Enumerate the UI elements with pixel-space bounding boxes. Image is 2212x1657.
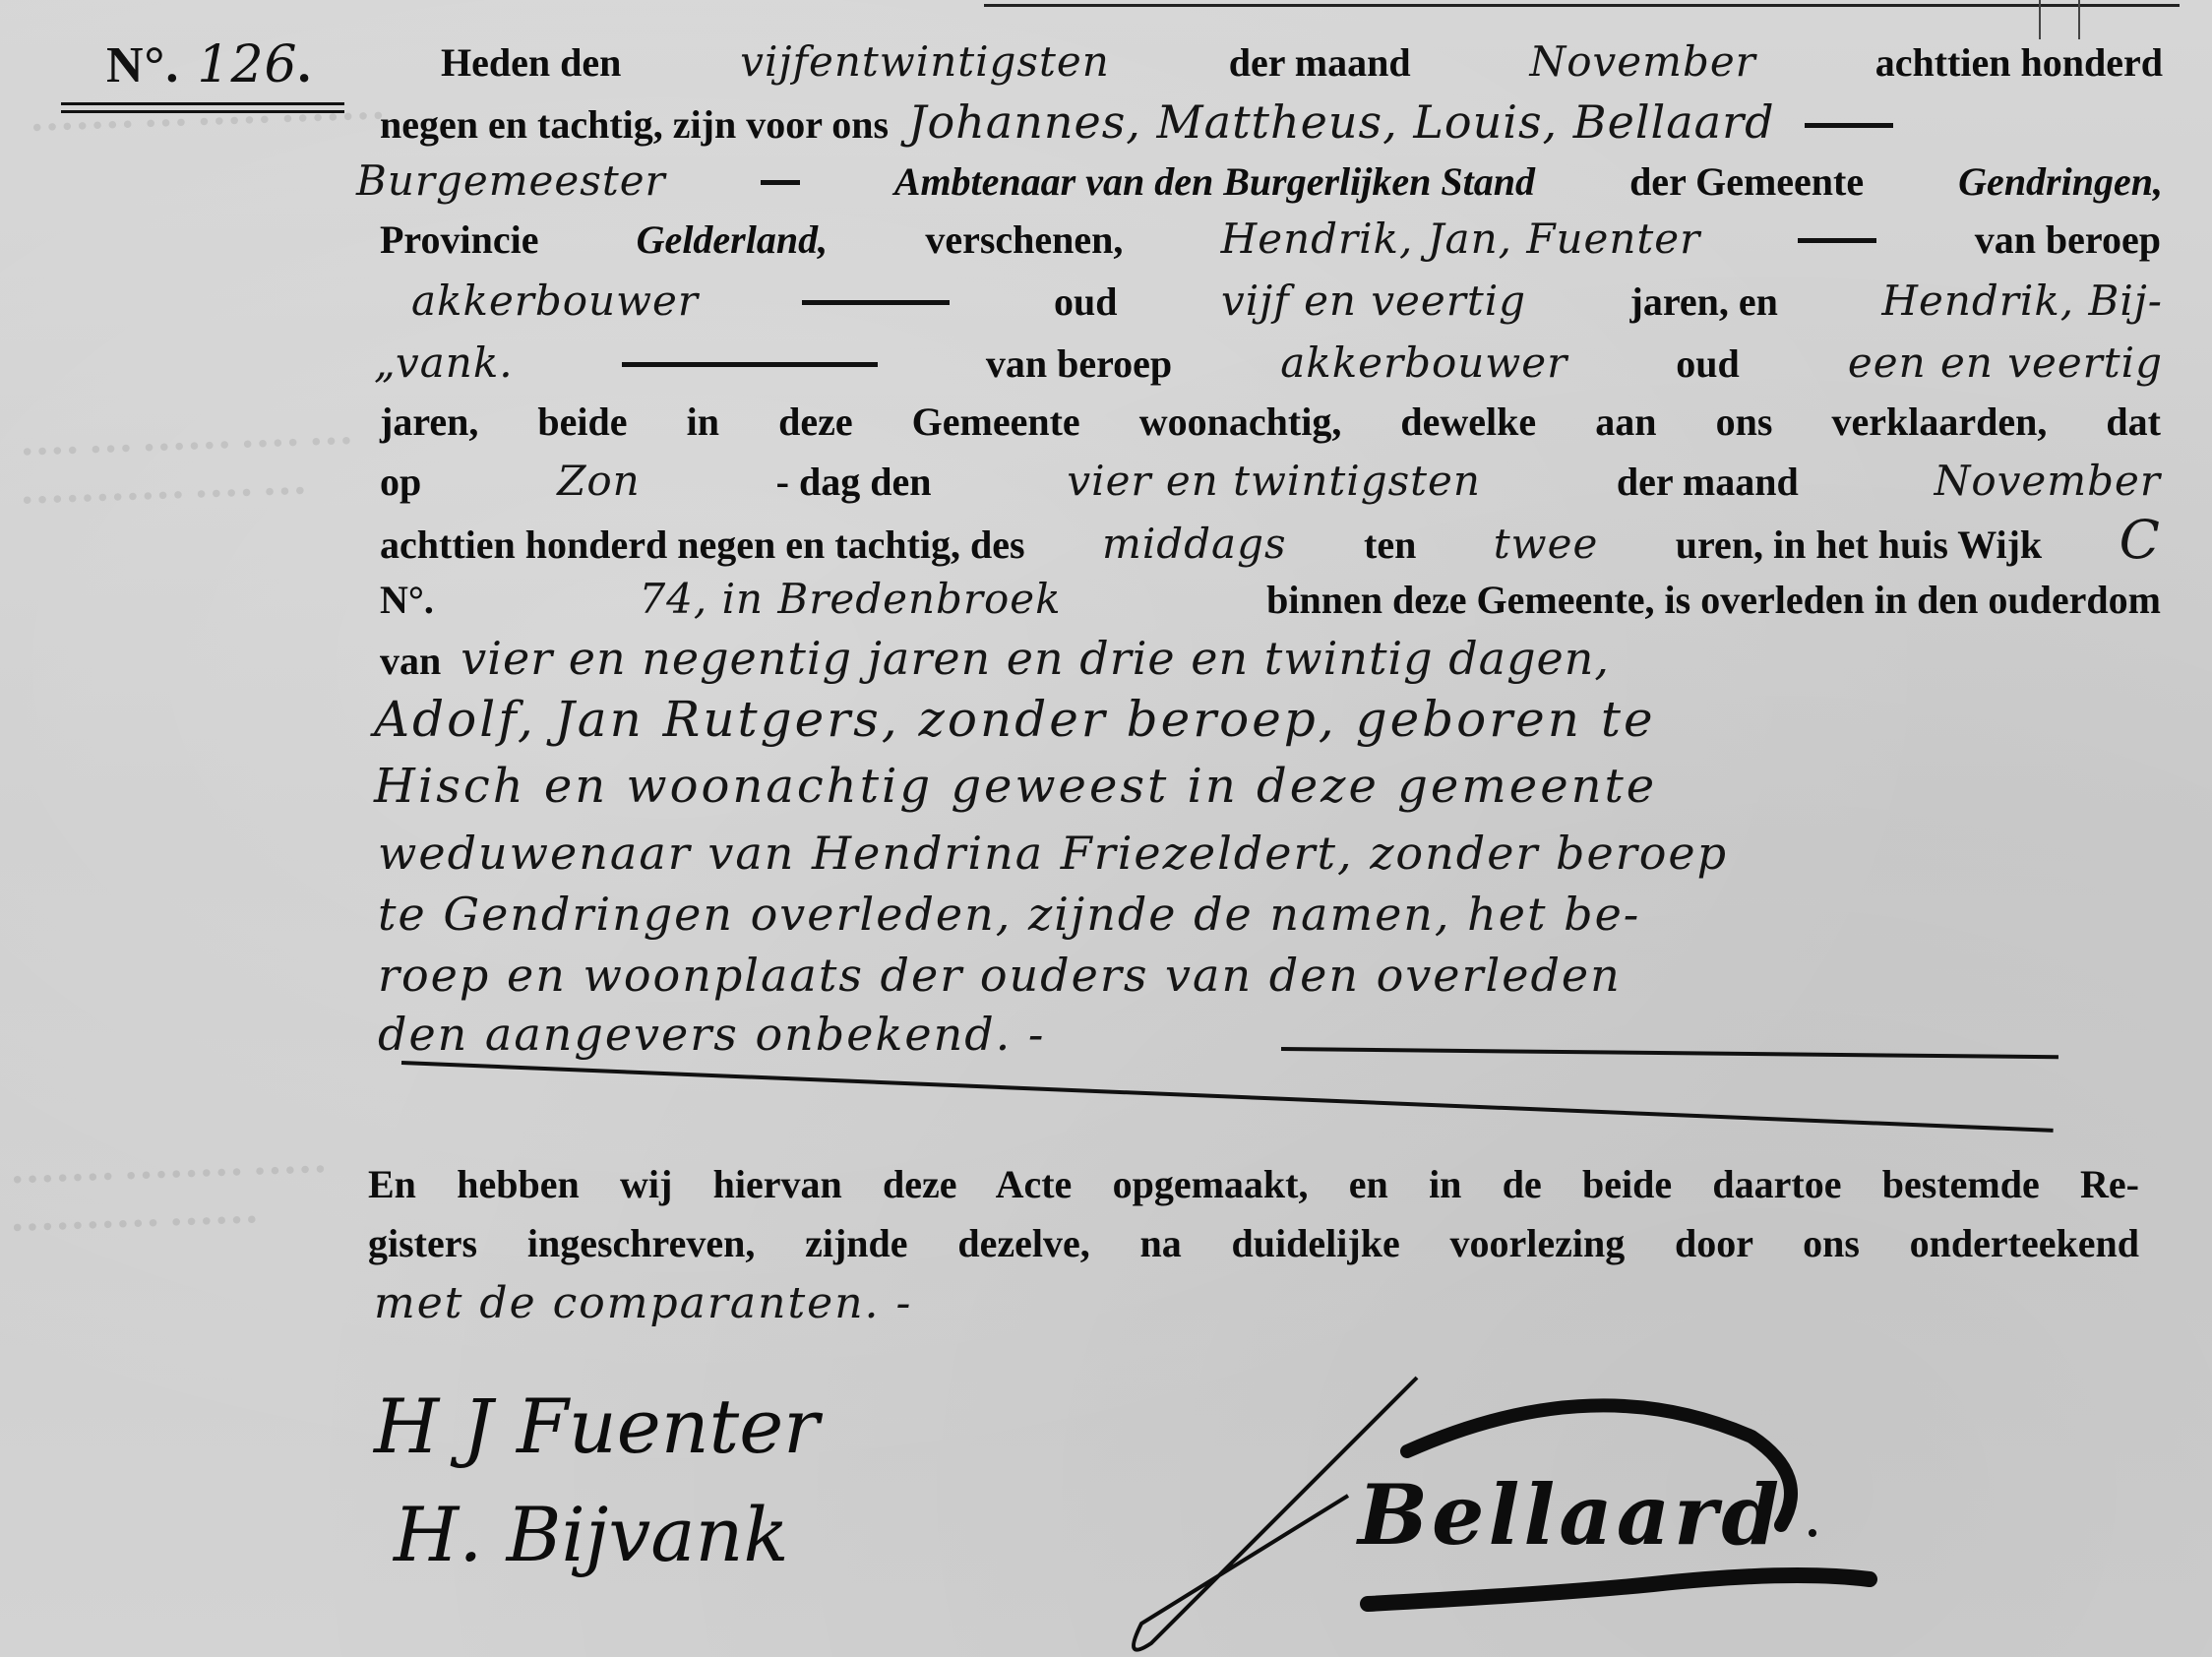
printed-text: Provincie (380, 212, 538, 269)
handwritten-text: roep en woonplaats der ouders van den ov… (378, 947, 1622, 1004)
printed-text: der maand (1229, 34, 1411, 92)
record-line-16: roep en woonplaats der ouders van den ov… (378, 947, 2159, 1004)
record-line-14: weduwenaar van Hendrina Friezeldert, zon… (378, 825, 2159, 882)
bleed-through-text: •••• ••• •••••• •••• ••• (20, 427, 355, 468)
printed-text: van beroep (1975, 212, 2161, 269)
acte-number-underline (61, 102, 344, 105)
printed-text: achttien honderd negen en tachtig, des (380, 517, 1025, 574)
signature-witness-1: H J Fuenter (374, 1382, 820, 1470)
closing-line-2: gisters ingeschreven, zijnde dezelve, na… (368, 1215, 2139, 1272)
record-line-1: Heden den vijfentwintigsten der maand No… (441, 33, 2163, 91)
handwritten-occupation: akkerbouwer (411, 273, 699, 330)
printed-text: Ambtenaar van den Burgerlijken Stand (894, 153, 1535, 211)
handwritten-informant-2-cont: „vank. (374, 335, 514, 392)
handwritten-text: te Gendringen overleden, zijnde de namen… (378, 886, 1640, 943)
acte-number: N°.126. (106, 35, 312, 94)
printed-text: uren, in het huis Wijk (1676, 517, 2042, 574)
document-page: ••••••• ••• ••••• ••••••• •••• ••• •••••… (0, 0, 2212, 1657)
handwritten-death-month: November (1935, 453, 2161, 510)
printed-text: jaren, en (1630, 274, 1778, 331)
handwritten-informant-2: Hendrik, Bij- (1881, 273, 2163, 330)
printed-text: oud (1054, 274, 1118, 331)
printed-text: N°. (380, 572, 434, 629)
acte-number-value: 126 (197, 35, 297, 94)
printed-text: jaren, beide in deze Gemeente woonachtig… (380, 394, 2161, 451)
acte-number-label: N°. (106, 37, 179, 93)
bleed-through-text: •••••••••• •••••• (10, 1206, 261, 1245)
bleed-through-text: ••••••• ••• ••••• ••••••• (30, 102, 387, 145)
record-line-12: Adolf, Jan Rutgers, zonder beroep, gebor… (374, 691, 2155, 748)
record-line-3: Burgemeester Ambtenaar van den Burgerlij… (356, 153, 2163, 210)
printed-text: negen en tachtig, zijn voor ons (380, 96, 889, 153)
printed-text: van (380, 633, 441, 690)
printed-text: van beroep (986, 336, 1172, 393)
signature-witness-2: H. Bijvank (394, 1491, 789, 1578)
handwritten-official-name: Johannes, Mattheus, Louis, Bellaard (908, 93, 1775, 151)
signature-flourish-icon (1004, 1358, 2165, 1653)
closing-diagonal-line (401, 1061, 2054, 1133)
record-line-7: jaren, beide in deze Gemeente woonachtig… (380, 394, 2161, 451)
closing-line-1: En hebben wij hiervan deze Acte opgemaak… (368, 1156, 2139, 1213)
acte-number-underline (61, 110, 344, 113)
handwritten-birthplace: Hisch en woonachtig geweest in deze geme… (374, 758, 1657, 815)
handwritten-spouse: weduwenaar van Hendrina Friezeldert, zon… (378, 825, 1728, 882)
handwritten-house-address: 74, in Bredenbroek (639, 571, 1061, 628)
printed-province: Gelderland, (637, 212, 828, 269)
bleed-through-text: ••••••••••• •••• ••• (20, 477, 308, 517)
printed-text: der maand (1617, 454, 1799, 511)
fill-dash (761, 180, 800, 185)
handwritten-hour: twee (1494, 516, 1599, 573)
printed-text: der Gemeente (1629, 153, 1864, 211)
register-top-rule (984, 4, 2180, 7)
bleed-through-text: ••••••• •••••••• ••••• (10, 1155, 329, 1196)
printed-text: - dag den (776, 454, 932, 511)
printed-text: Heden den (441, 34, 621, 92)
record-line-9: achttien honderd negen en tachtig, des m… (380, 512, 2161, 569)
handwritten-occupation: akkerbouwer (1280, 335, 1567, 392)
record-line-13: Hisch en woonachtig geweest in deze geme… (374, 758, 2155, 815)
handwritten-text: den aangevers onbekend. - (378, 1006, 1045, 1063)
record-line-10: N°. 74, in Bredenbroek binnen deze Gemee… (380, 571, 2161, 628)
printed-closing-text: gisters ingeschreven, zijnde dezelve, na… (368, 1215, 2139, 1272)
handwritten-death-day: vier en twintigsten (1067, 453, 1481, 510)
handwritten-weekday: Zon (557, 453, 641, 510)
handwritten-wijk: C (2120, 512, 2161, 569)
printed-text: op (380, 454, 421, 511)
printed-text: oud (1676, 336, 1740, 393)
handwritten-deceased-name: Adolf, Jan Rutgers, zonder beroep, gebor… (374, 691, 1656, 748)
record-line-2: negen en tachtig, zijn voor ons Johannes… (380, 93, 2161, 151)
fill-dash (1805, 123, 1893, 128)
handwritten-age: vijf en veertig (1221, 273, 1526, 330)
record-line-4: Provincie Gelderland, verschenen, Hendri… (380, 211, 2161, 268)
handwritten-month: November (1530, 33, 1756, 91)
printed-municipality: Gendringen, (1958, 153, 2163, 211)
printed-text: achttien honderd (1875, 34, 2163, 92)
record-line-11: van vier en negentig jaren en drie en tw… (380, 630, 2161, 687)
fill-dash (622, 362, 878, 367)
printed-closing-text: En hebben wij hiervan deze Acte opgemaak… (368, 1156, 2139, 1213)
record-line-6: „vank. van beroep akkerbouwer oud een en… (374, 335, 2163, 392)
record-line-8: op Zon - dag den vier en twintigsten der… (380, 453, 2161, 510)
closing-line-3: met de comparanten. - (374, 1275, 2155, 1332)
handwritten-day: vijfentwintigsten (740, 33, 1109, 91)
handwritten-closing-text: met de comparanten. - (374, 1275, 912, 1332)
printed-text: verschenen, (925, 212, 1123, 269)
record-line-15: te Gendringen overleden, zijnde de namen… (378, 886, 2159, 943)
printed-text: binnen deze Gemeente, is overleden in de… (1266, 572, 2161, 629)
fill-dash (802, 300, 950, 305)
fill-dash (1798, 238, 1876, 243)
printed-text: ten (1364, 517, 1416, 574)
handwritten-age-of-deceased: vier en negentig jaren en drie en twinti… (461, 630, 1610, 687)
handwritten-informant-1: Hendrik, Jan, Fuenter (1221, 211, 1701, 268)
handwritten-title: Burgemeester (356, 153, 666, 210)
handwritten-time-of-day: middags (1102, 516, 1287, 573)
record-line-5: akkerbouwer oud vijf en veertig jaren, e… (411, 273, 2163, 330)
handwritten-age: een en veertig (1848, 335, 2163, 392)
